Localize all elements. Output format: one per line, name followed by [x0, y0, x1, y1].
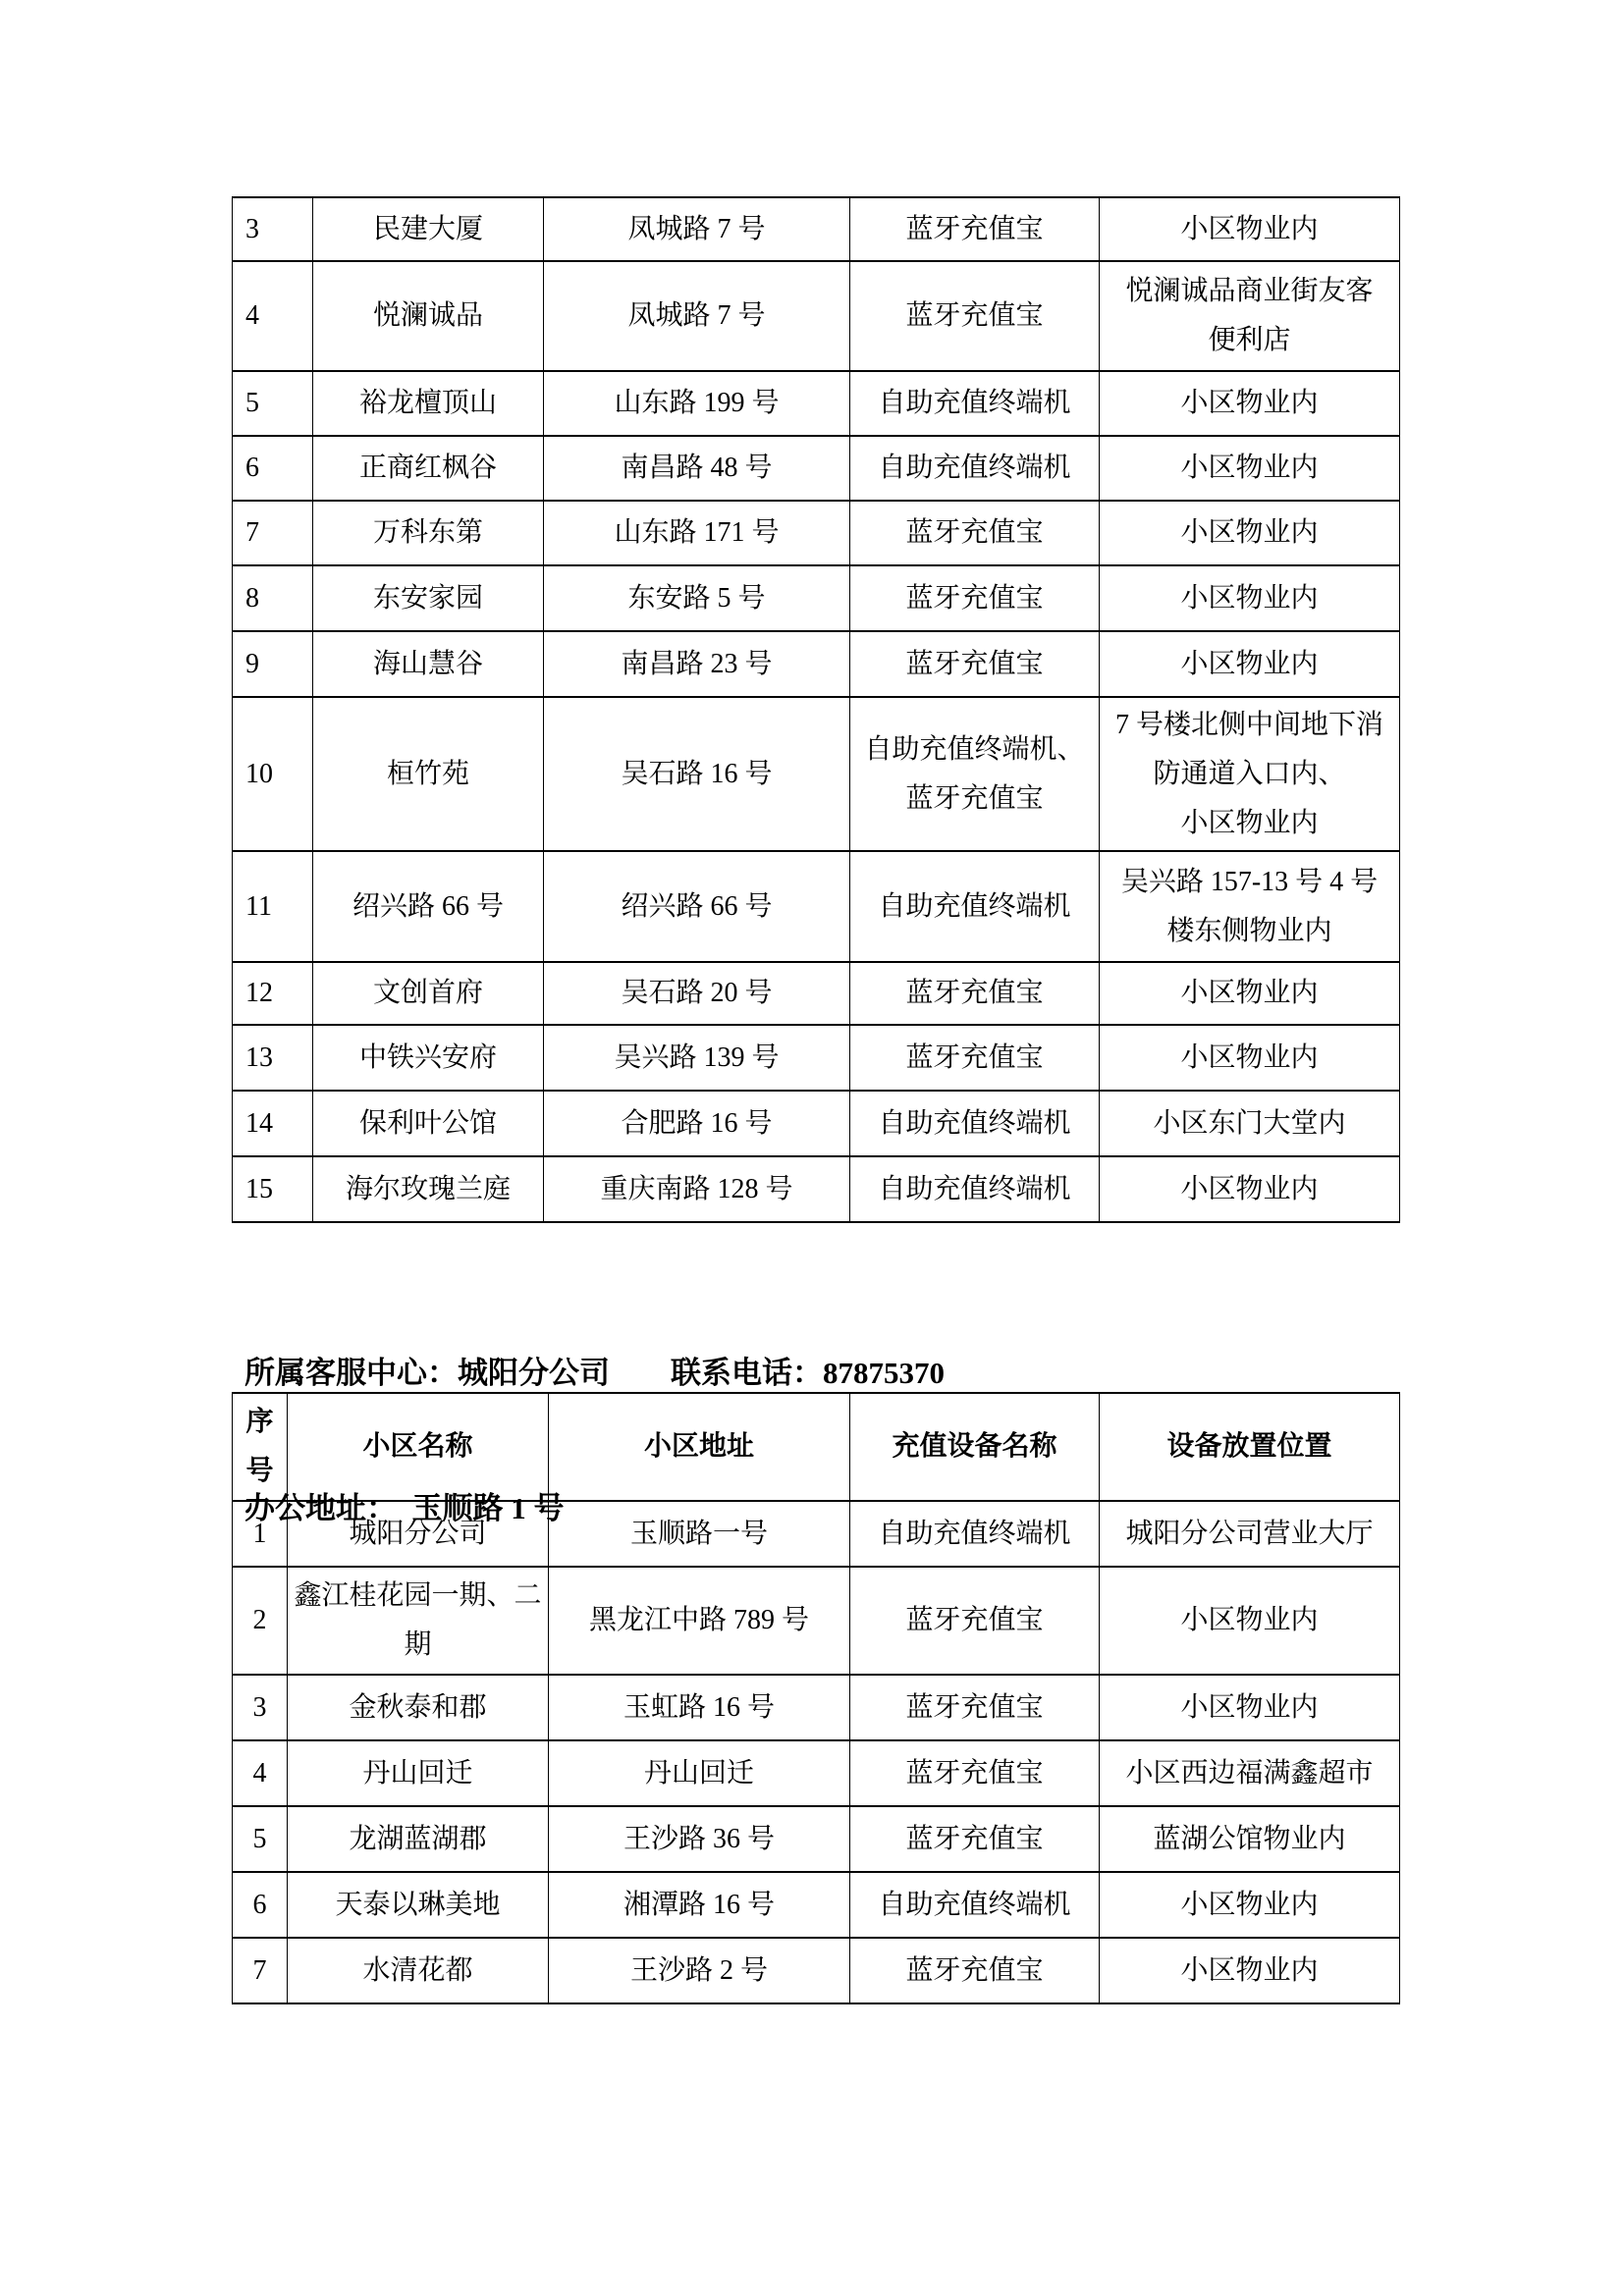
- cell-device-name: 自助充值终端机、 蓝牙充值宝: [850, 697, 1100, 851]
- cell-community-address: 黑龙江中路 789 号: [549, 1567, 850, 1675]
- table-row: 10桓竹苑吴石路 16 号自助充值终端机、 蓝牙充值宝7 号楼北侧中间地下消 防…: [233, 697, 1400, 851]
- cell-community-name: 海山慧谷: [313, 631, 544, 697]
- cell-device-location: 小区西边福满鑫超市: [1100, 1740, 1400, 1806]
- table-row: 8东安家园东安路 5 号蓝牙充值宝小区物业内: [233, 565, 1400, 631]
- table-row: 5龙湖蓝湖郡王沙路 36 号蓝牙充值宝蓝湖公馆物业内: [233, 1806, 1400, 1872]
- table-row: 12文创首府吴石路 20 号蓝牙充值宝小区物业内: [233, 962, 1400, 1025]
- table-row: 11绍兴路 66 号绍兴路 66 号自助充值终端机吴兴路 157-13 号 4 …: [233, 851, 1400, 962]
- table-row: 3金秋泰和郡玉虹路 16 号蓝牙充值宝小区物业内: [233, 1675, 1400, 1740]
- cell-community-address: 南昌路 23 号: [544, 631, 850, 697]
- cell-community-address: 东安路 5 号: [544, 565, 850, 631]
- cell-device-location: 小区物业内: [1100, 1872, 1400, 1938]
- cell-community-address: 绍兴路 66 号: [544, 851, 850, 962]
- header-community-address: 小区地址: [549, 1393, 850, 1501]
- cell-community-name: 民建大厦: [313, 197, 544, 261]
- cell-device-name: 自助充值终端机: [850, 1872, 1100, 1938]
- cell-row-number: 8: [233, 565, 313, 631]
- cell-community-address: 丹山回迁: [549, 1740, 850, 1806]
- table-row: 2鑫江桂花园一期、二 期黑龙江中路 789 号蓝牙充值宝小区物业内: [233, 1567, 1400, 1675]
- cell-community-address: 吴石路 20 号: [544, 962, 850, 1025]
- cell-community-name: 正商红枫谷: [313, 436, 544, 501]
- document-page: 3民建大厦凤城路 7 号蓝牙充值宝小区物业内 4悦澜诚品凤城路 7 号蓝牙充值宝…: [0, 0, 1624, 2296]
- cell-community-address: 山东路 171 号: [544, 501, 850, 565]
- cell-device-name: 蓝牙充值宝: [850, 962, 1100, 1025]
- cell-community-address: 玉虹路 16 号: [549, 1675, 850, 1740]
- header-device-name: 充值设备名称: [850, 1393, 1100, 1501]
- table-row: 14保利叶公馆合肥路 16 号自助充值终端机小区东门大堂内: [233, 1091, 1400, 1156]
- cell-community-address: 凤城路 7 号: [544, 197, 850, 261]
- table-row: 3民建大厦凤城路 7 号蓝牙充值宝小区物业内: [233, 197, 1400, 261]
- header-row-number: 序 号: [233, 1393, 288, 1501]
- cell-community-name: 龙湖蓝湖郡: [288, 1806, 549, 1872]
- cell-row-number: 4: [233, 1740, 288, 1806]
- cell-row-number: 6: [233, 1872, 288, 1938]
- cell-row-number: 3: [233, 197, 313, 261]
- service-center-line: 所属客服中心：城阳分公司 联系电话：87875370: [244, 1351, 945, 1396]
- cell-device-location: 小区物业内: [1100, 1675, 1400, 1740]
- cell-row-number: 14: [233, 1091, 313, 1156]
- cell-community-name: 东安家园: [313, 565, 544, 631]
- table-header-row: 序 号小区名称小区地址充值设备名称设备放置位置: [233, 1393, 1400, 1501]
- cell-row-number: 9: [233, 631, 313, 697]
- cell-community-name: 鑫江桂花园一期、二 期: [288, 1567, 549, 1675]
- cell-community-name: 天泰以琳美地: [288, 1872, 549, 1938]
- cell-device-location: 小区物业内: [1100, 962, 1400, 1025]
- device-location-table-1: 3民建大厦凤城路 7 号蓝牙充值宝小区物业内 4悦澜诚品凤城路 7 号蓝牙充值宝…: [232, 196, 1400, 1223]
- table-row: 1城阳分公司玉顺路一号自助充值终端机城阳分公司营业大厅: [233, 1501, 1400, 1567]
- table-row: 6天泰以琳美地湘潭路 16 号自助充值终端机小区物业内: [233, 1872, 1400, 1938]
- cell-device-name: 自助充值终端机: [850, 436, 1100, 501]
- cell-device-location: 小区物业内: [1100, 436, 1400, 501]
- cell-community-address: 重庆南路 128 号: [544, 1156, 850, 1222]
- cell-community-name: 水清花都: [288, 1938, 549, 2003]
- cell-row-number: 7: [233, 501, 313, 565]
- cell-device-location: 小区物业内: [1100, 1025, 1400, 1091]
- table-row: 7万科东第山东路 171 号蓝牙充值宝小区物业内: [233, 501, 1400, 565]
- cell-row-number: 2: [233, 1567, 288, 1675]
- table-row: 7水清花都王沙路 2 号蓝牙充值宝小区物业内: [233, 1938, 1400, 2003]
- cell-community-name: 悦澜诚品: [313, 261, 544, 371]
- cell-device-location: 悦澜诚品商业街友客 便利店: [1100, 261, 1400, 371]
- cell-community-address: 王沙路 36 号: [549, 1806, 850, 1872]
- cell-device-name: 蓝牙充值宝: [850, 1740, 1100, 1806]
- header-device-location: 设备放置位置: [1100, 1393, 1400, 1501]
- table-row: 5裕龙檀顶山山东路 199 号自助充值终端机小区物业内: [233, 371, 1400, 436]
- cell-device-location: 小区物业内: [1100, 197, 1400, 261]
- cell-community-name: 海尔玫瑰兰庭: [313, 1156, 544, 1222]
- cell-community-address: 山东路 199 号: [544, 371, 850, 436]
- cell-device-location: 城阳分公司营业大厅: [1100, 1501, 1400, 1567]
- cell-community-name: 保利叶公馆: [313, 1091, 544, 1156]
- cell-community-address: 合肥路 16 号: [544, 1091, 850, 1156]
- cell-device-name: 自助充值终端机: [850, 371, 1100, 436]
- table-row: 4悦澜诚品凤城路 7 号蓝牙充值宝悦澜诚品商业街友客 便利店: [233, 261, 1400, 371]
- cell-community-name: 万科东第: [313, 501, 544, 565]
- cell-row-number: 7: [233, 1938, 288, 2003]
- cell-device-name: 蓝牙充值宝: [850, 1806, 1100, 1872]
- table-row: 9海山慧谷南昌路 23 号蓝牙充值宝小区物业内: [233, 631, 1400, 697]
- cell-community-name: 绍兴路 66 号: [313, 851, 544, 962]
- cell-row-number: 5: [233, 371, 313, 436]
- cell-device-name: 自助充值终端机: [850, 851, 1100, 962]
- cell-device-location: 小区物业内: [1100, 565, 1400, 631]
- cell-row-number: 15: [233, 1156, 313, 1222]
- cell-community-address: 南昌路 48 号: [544, 436, 850, 501]
- cell-device-name: 自助充值终端机: [850, 1501, 1100, 1567]
- cell-row-number: 4: [233, 261, 313, 371]
- cell-community-name: 文创首府: [313, 962, 544, 1025]
- cell-device-name: 蓝牙充值宝: [850, 631, 1100, 697]
- cell-device-name: 蓝牙充值宝: [850, 1675, 1100, 1740]
- cell-row-number: 3: [233, 1675, 288, 1740]
- cell-device-name: 蓝牙充值宝: [850, 1025, 1100, 1091]
- cell-device-location: 小区物业内: [1100, 1567, 1400, 1675]
- cell-device-location: 小区物业内: [1100, 371, 1400, 436]
- cell-device-name: 蓝牙充值宝: [850, 1567, 1100, 1675]
- table-row: 4丹山回迁丹山回迁蓝牙充值宝小区西边福满鑫超市: [233, 1740, 1400, 1806]
- cell-row-number: 6: [233, 436, 313, 501]
- cell-device-location: 蓝湖公馆物业内: [1100, 1806, 1400, 1872]
- cell-row-number: 12: [233, 962, 313, 1025]
- cell-device-location: 小区物业内: [1100, 1156, 1400, 1222]
- cell-community-address: 玉顺路一号: [549, 1501, 850, 1567]
- cell-row-number: 11: [233, 851, 313, 962]
- cell-device-location: 吴兴路 157-13 号 4 号 楼东侧物业内: [1100, 851, 1400, 962]
- cell-device-name: 自助充值终端机: [850, 1156, 1100, 1222]
- table-row: 13中铁兴安府吴兴路 139 号蓝牙充值宝小区物业内: [233, 1025, 1400, 1091]
- cell-community-name: 裕龙檀顶山: [313, 371, 544, 436]
- cell-device-location: 小区东门大堂内: [1100, 1091, 1400, 1156]
- cell-community-name: 丹山回迁: [288, 1740, 549, 1806]
- cell-device-location: 7 号楼北侧中间地下消 防通道入口内、 小区物业内: [1100, 697, 1400, 851]
- cell-community-name: 桓竹苑: [313, 697, 544, 851]
- cell-community-name: 城阳分公司: [288, 1501, 549, 1567]
- cell-community-address: 湘潭路 16 号: [549, 1872, 850, 1938]
- cell-community-address: 吴石路 16 号: [544, 697, 850, 851]
- cell-row-number: 1: [233, 1501, 288, 1567]
- cell-row-number: 10: [233, 697, 313, 851]
- cell-device-name: 蓝牙充值宝: [850, 565, 1100, 631]
- cell-community-name: 金秋泰和郡: [288, 1675, 549, 1740]
- cell-device-name: 自助充值终端机: [850, 1091, 1100, 1156]
- table-row: 15海尔玫瑰兰庭重庆南路 128 号自助充值终端机小区物业内: [233, 1156, 1400, 1222]
- cell-row-number: 5: [233, 1806, 288, 1872]
- cell-device-name: 蓝牙充值宝: [850, 261, 1100, 371]
- cell-device-name: 蓝牙充值宝: [850, 197, 1100, 261]
- cell-community-address: 吴兴路 139 号: [544, 1025, 850, 1091]
- device-location-table-2: 序 号小区名称小区地址充值设备名称设备放置位置 1城阳分公司玉顺路一号自助充值终…: [232, 1392, 1400, 2004]
- cell-row-number: 13: [233, 1025, 313, 1091]
- cell-device-location: 小区物业内: [1100, 631, 1400, 697]
- cell-device-name: 蓝牙充值宝: [850, 1938, 1100, 2003]
- cell-device-name: 蓝牙充值宝: [850, 501, 1100, 565]
- cell-community-address: 王沙路 2 号: [549, 1938, 850, 2003]
- cell-device-location: 小区物业内: [1100, 1938, 1400, 2003]
- cell-community-name: 中铁兴安府: [313, 1025, 544, 1091]
- header-community-name: 小区名称: [288, 1393, 549, 1501]
- table-row: 6正商红枫谷南昌路 48 号自助充值终端机小区物业内: [233, 436, 1400, 501]
- cell-device-location: 小区物业内: [1100, 501, 1400, 565]
- cell-community-address: 凤城路 7 号: [544, 261, 850, 371]
